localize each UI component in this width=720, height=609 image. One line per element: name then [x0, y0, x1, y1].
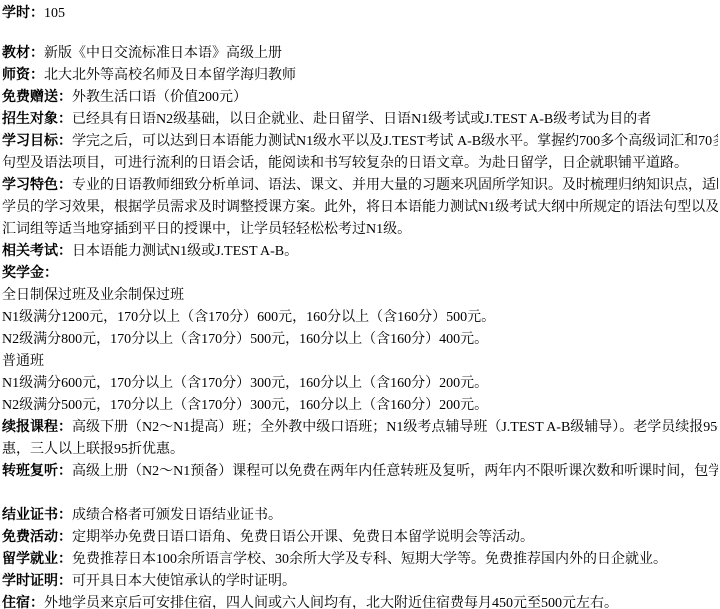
document-line: 奖学金：: [2, 263, 718, 285]
document-line: 续报课程：高级下册（N2～N1提高）班；全外教中级口语班；N1级考点辅导班（J.…: [2, 417, 718, 439]
field-label: 招生对象：: [2, 112, 72, 127]
field-text: 日本语能力测试N1级或J.TEST A-B。: [72, 244, 298, 259]
field-text: 全日制保过班及业余制保过班: [2, 288, 184, 303]
document-line: 免费赠送：外教生活口语（价值200元）: [2, 87, 718, 109]
field-label: 转班复听：: [2, 464, 72, 479]
document-line: 相关考试：日本语能力测试N1级或J.TEST A-B。: [2, 241, 718, 263]
document-line: 住宿：外地学员来京后可安排住宿，四人间或六人间均有，北大附近住宿费每月450元至…: [2, 593, 718, 609]
field-label: 教材：: [2, 46, 44, 61]
field-label: 相关考试：: [2, 244, 72, 259]
field-label: 奖学金：: [2, 266, 58, 281]
document-line: 结业证书：成绩合格者可颁发日语结业证书。: [2, 505, 718, 527]
blank-line: [2, 25, 718, 43]
course-info-document: 学时：105教材：新版《中日交流标准日本语》高级上册师资：北大北外等高校名师及日…: [0, 0, 720, 609]
document-line: 学时：105: [2, 3, 718, 25]
field-text: 已经具有日语N2级基础，以日企就业、赴日留学、日语N1级考试或J.TEST A-…: [72, 112, 651, 127]
field-label: 学习目标：: [2, 134, 72, 149]
field-text: 高级上册（N2～N1预备）课程可以免费在两年内任意转班及复听，两年内不限听课次数…: [72, 464, 718, 479]
field-text: 定期举办免费日语口语角、免费日语公开课、免费日本留学说明会等活动。: [72, 530, 534, 545]
document-line: 免费活动：定期举办免费日语口语角、免费日语公开课、免费日本留学说明会等活动。: [2, 527, 718, 549]
field-text: 高级下册（N2～N1提高）班；全外教中级口语班；N1级考点辅导班（J.TEST …: [72, 420, 718, 435]
field-label: 师资：: [2, 68, 44, 83]
field-text: 句型及语法项目，可进行流利的日语会话，能阅读和书写较复杂的日语文章。为赴日留学，…: [2, 156, 688, 171]
document-line: 教材：新版《中日交流标准日本语》高级上册: [2, 43, 718, 65]
field-label: 免费赠送：: [2, 90, 72, 105]
field-text: 新版《中日交流标准日本语》高级上册: [44, 46, 282, 61]
document-line: 全日制保过班及业余制保过班: [2, 285, 718, 307]
field-label: 学习特色：: [2, 178, 72, 193]
document-line: N2级满分800元，170分以上（含170分）500元，160分以上（含160分…: [2, 329, 718, 351]
blank-line: [2, 483, 718, 505]
field-text: 专业的日语教师细致分析单词、语法、课文、并用大量的习题来巩固所学知识。及时梳理归…: [72, 178, 718, 193]
field-label: 留学就业：: [2, 552, 72, 567]
document-line: N1级满分600元，170分以上（含170分）300元，160分以上（含160分…: [2, 373, 718, 395]
field-text: 成绩合格者可颁发日语结业证书。: [72, 508, 282, 523]
field-label: 免费活动：: [2, 530, 72, 545]
document-line: N1级满分1200元，170分以上（含170分）600元，160分以上（含160…: [2, 307, 718, 329]
field-text: N1级满分1200元，170分以上（含170分）600元，160分以上（含160…: [2, 310, 495, 325]
field-label: 结业证书：: [2, 508, 72, 523]
document-line: 普通班: [2, 351, 718, 373]
document-line: 招生对象：已经具有日语N2级基础，以日企就业、赴日留学、日语N1级考试或J.TE…: [2, 109, 718, 131]
field-text: N2级满分800元，170分以上（含170分）500元，160分以上（含160分…: [2, 332, 488, 347]
document-line: 学时证明：可开具日本大使馆承认的学时证明。: [2, 571, 718, 593]
document-line: 学员的学习效果，根据学员需求及时调整授课方案。此外，将日本语能力测试N1级考试大…: [2, 197, 718, 219]
document-line: 学习特色：专业的日语教师细致分析单词、语法、课文、并用大量的习题来巩固所学知识。…: [2, 175, 718, 197]
document-line: 句型及语法项目，可进行流利的日语会话，能阅读和书写较复杂的日语文章。为赴日留学，…: [2, 153, 718, 175]
field-label: 学时：: [2, 6, 44, 21]
field-text: 外教生活口语（价值200元）: [72, 90, 247, 105]
field-text: 可开具日本大使馆承认的学时证明。: [72, 574, 296, 589]
document-line: 学习目标：学完之后，可以达到日本语能力测试N1级水平以及J.TEST考试 A-B…: [2, 131, 718, 153]
field-text: 105: [44, 6, 65, 21]
document-line: 师资：北大北外等高校名师及日本留学海归教师: [2, 65, 718, 87]
field-label: 住宿：: [2, 596, 44, 609]
document-line: 转班复听：高级上册（N2～N1预备）课程可以免费在两年内任意转班及复听，两年内不…: [2, 461, 718, 483]
document-line: 汇词组等适当地穿插到平日的授课中，让学员轻轻松松考过N1级。: [2, 219, 718, 241]
field-text: N1级满分600元，170分以上（含170分）300元，160分以上（含160分…: [2, 376, 488, 391]
document-line: 惠，三人以上联报95折优惠。: [2, 439, 718, 461]
field-text: 学员的学习效果，根据学员需求及时调整授课方案。此外，将日本语能力测试N1级考试大…: [2, 200, 718, 215]
field-text: 学完之后，可以达到日本语能力测试N1级水平以及J.TEST考试 A-B级水平。掌…: [72, 134, 718, 149]
field-label: 学时证明：: [2, 574, 72, 589]
document-line: 留学就业：免费推荐日本100余所语言学校、30余所大学及专科、短期大学等。免费推…: [2, 549, 718, 571]
field-text: 汇词组等适当地穿插到平日的授课中，让学员轻轻松松考过N1级。: [2, 222, 411, 237]
field-text: 普通班: [2, 354, 44, 369]
field-label: 续报课程：: [2, 420, 72, 435]
field-text: N2级满分500元，170分以上（含170分）300元，160分以上（含160分…: [2, 398, 488, 413]
field-text: 北大北外等高校名师及日本留学海归教师: [44, 68, 296, 83]
field-text: 免费推荐日本100余所语言学校、30余所大学及专科、短期大学等。免费推荐国内外的…: [72, 552, 667, 567]
field-text: 外地学员来京后可安排住宿，四人间或六人间均有，北大附近住宿费每月450元至500…: [44, 596, 618, 609]
document-line: N2级满分500元，170分以上（含170分）300元，160分以上（含160分…: [2, 395, 718, 417]
field-text: 惠，三人以上联报95折优惠。: [2, 442, 184, 457]
